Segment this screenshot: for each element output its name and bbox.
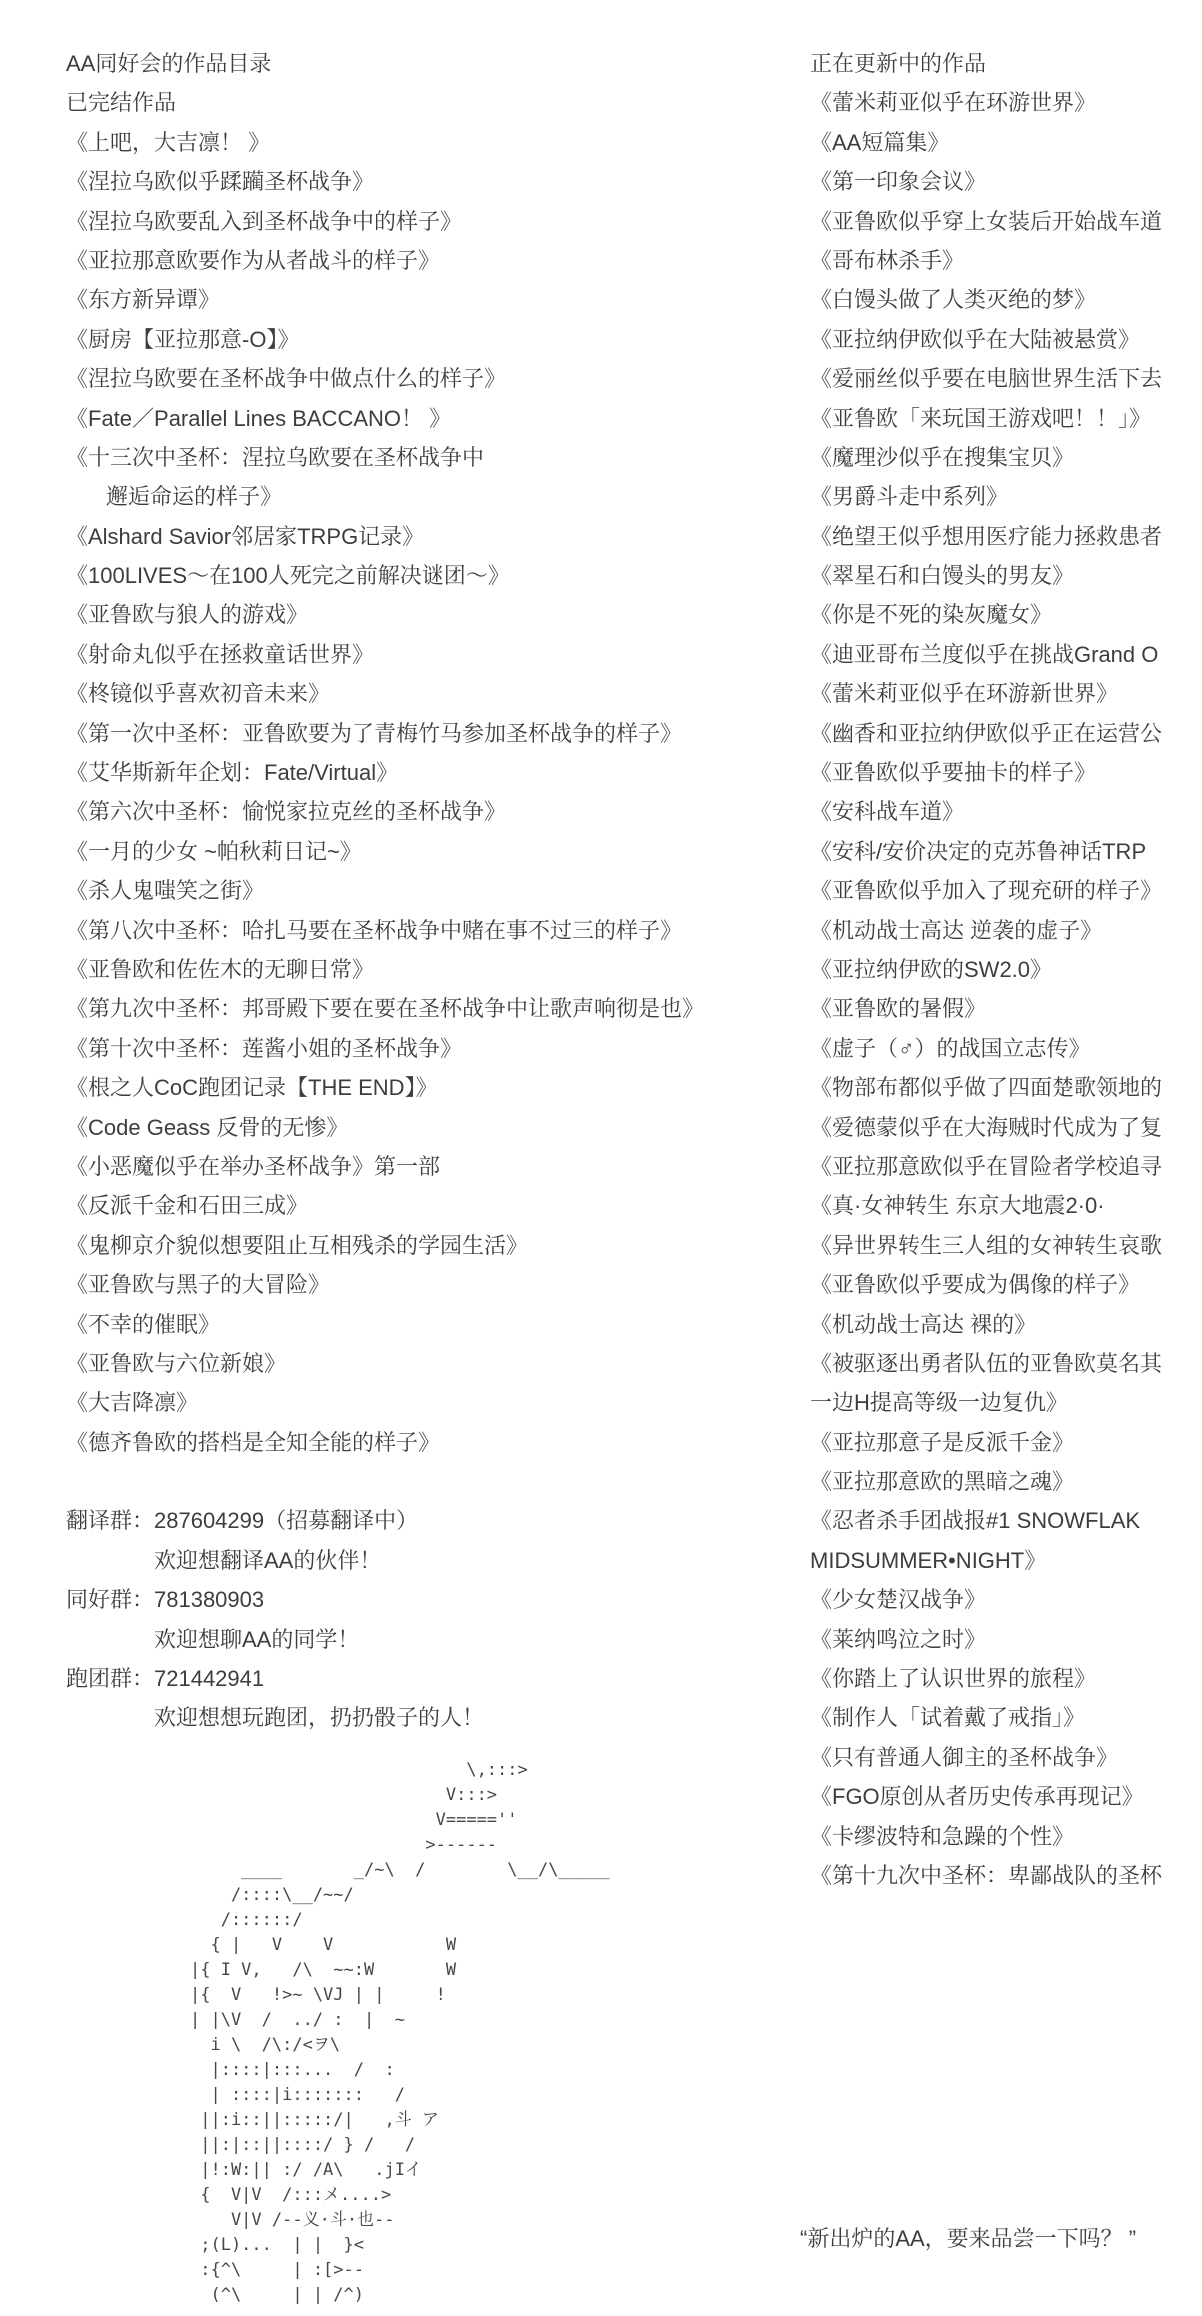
ascii-art-figure: \,:::> V:::> V====='' >------ ____ _/~\ … [190, 1758, 610, 2308]
left-column-subtitle: 已完结作品 [66, 83, 704, 122]
work-title: 《绝望王似乎想用医疗能力拯救患者 [810, 517, 1202, 556]
work-title: 《亚鲁欧和佐佐木的无聊日常》 [66, 950, 704, 989]
completed-works-column: AA同好会的作品目录 已完结作品 《上吧，大吉凛！ 》《涅拉乌欧似乎蹂躏圣杯战争… [66, 44, 704, 1738]
work-title: 《亚拉那意欧要作为从者战斗的样子》 [66, 241, 704, 280]
right-column-title: 正在更新中的作品 [810, 44, 1202, 83]
work-title: 《幽香和亚拉纳伊欧似乎正在运营公 [810, 714, 1202, 753]
updating-works-column: 正在更新中的作品 《蕾米莉亚似乎在环游世界》《AA短篇集》《第一印象会议》《亚鲁… [810, 44, 1202, 1895]
work-title: 《亚鲁欧似乎要成为偶像的样子》 [810, 1265, 1202, 1304]
work-title: 《第十九次中圣杯：卑鄙战队的圣杯 [810, 1856, 1202, 1895]
work-title: 《第八次中圣杯：哈扎马要在圣杯战争中赌在事不过三的样子》 [66, 911, 704, 950]
work-title: 《迪亚哥布兰度似乎在挑战Grand O [810, 635, 1202, 674]
work-title: 《大吉降凛》 [66, 1383, 704, 1422]
work-title: 《哥布林杀手》 [810, 241, 1202, 280]
work-title: 《机动战士高达 裸的》 [810, 1305, 1202, 1344]
work-title: 《异世界转生三人组的女神转生哀歌 [810, 1226, 1202, 1265]
work-title: 《爱丽丝似乎要在电脑世界生活下去 [810, 359, 1202, 398]
work-title: 《爱德蒙似乎在大海贼时代成为了复 [810, 1108, 1202, 1147]
work-title: 《艾华斯新年企划：Fate/Virtual》 [66, 753, 704, 792]
contact-line: 欢迎想聊AA的同学！ [66, 1620, 704, 1659]
contact-line: 欢迎想翻译AA的伙伴！ [66, 1541, 704, 1580]
work-title: 《AA短篇集》 [810, 123, 1202, 162]
work-title: 《Fate／Parallel Lines BACCANO！ 》 [66, 399, 704, 438]
left-column-title: AA同好会的作品目录 [66, 44, 704, 83]
work-title: 《你是不死的染灰魔女》 [810, 595, 1202, 634]
completed-works-list: 《上吧，大吉凛！ 》《涅拉乌欧似乎蹂躏圣杯战争》《涅拉乌欧要乱入到圣杯战争中的样… [66, 123, 704, 1462]
work-title: 《反派千金和石田三成》 [66, 1186, 704, 1225]
work-title: 《亚鲁欧似乎要抽卡的样子》 [810, 753, 1202, 792]
work-title: 一边H提高等级一边复仇》 [810, 1383, 1202, 1422]
work-title: 《亚鲁欧与六位新娘》 [66, 1344, 704, 1383]
bottom-quote: “新出炉的AA，要来品尝一下吗？ ” [800, 2222, 1136, 2253]
work-title: 《第一次中圣杯：亚鲁欧要为了青梅竹马参加圣杯战争的样子》 [66, 714, 704, 753]
work-title: 《蕾米莉亚似乎在环游世界》 [810, 83, 1202, 122]
work-title: 《厨房【亚拉那意-O】》 [66, 320, 704, 359]
work-title: 《被驱逐出勇者队伍的亚鲁欧莫名其 [810, 1344, 1202, 1383]
work-title: 《杀人鬼嗤笑之街》 [66, 871, 704, 910]
work-title: 《亚拉那意欧的黑暗之魂》 [810, 1462, 1202, 1501]
work-title: 《亚鲁欧「来玩国王游戏吧！！」》 [810, 399, 1202, 438]
work-title: 《小恶魔似乎在举办圣杯战争》第一部 [66, 1147, 704, 1186]
work-title: 《第一印象会议》 [810, 162, 1202, 201]
work-title: 《鬼柳京介貌似想要阻止互相残杀的学园生活》 [66, 1226, 704, 1265]
contact-info: 翻译群：287604299（招募翻译中）欢迎想翻译AA的伙伴！同好群：78138… [66, 1501, 704, 1737]
work-title: 《亚拉纳伊欧的SW2.0》 [810, 950, 1202, 989]
work-title: 《不幸的催眠》 [66, 1305, 704, 1344]
work-title: 《涅拉乌欧要乱入到圣杯战争中的样子》 [66, 202, 704, 241]
work-title: 《亚鲁欧与狼人的游戏》 [66, 595, 704, 634]
work-title: 《忍者杀手团战报#1 SNOWFLAK [810, 1501, 1202, 1540]
work-title: 《第九次中圣杯：邦哥殿下要在要在圣杯战争中让歌声响彻是也》 [66, 989, 704, 1028]
work-title: 《亚拉那意欧似乎在冒险者学校追寻 [810, 1147, 1202, 1186]
work-title: 《制作人「试着戴了戒指」》 [810, 1698, 1202, 1737]
work-title: 《FGO原创从者历史传承再现记》 [810, 1777, 1202, 1816]
work-title: 《男爵斗走中系列》 [810, 477, 1202, 516]
work-title: 《卡缪波特和急躁的个性》 [810, 1817, 1202, 1856]
work-title: 《物部布都似乎做了四面楚歌领地的 [810, 1068, 1202, 1107]
work-title: 《机动战士高达 逆袭的虚子》 [810, 911, 1202, 950]
work-title: 《Alshard Savior邻居家TRPG记录》 [66, 517, 704, 556]
contact-line: 同好群：781380903 [66, 1580, 704, 1619]
work-title: 《亚鲁欧与黑子的大冒险》 [66, 1265, 704, 1304]
work-title: 《亚鲁欧似乎穿上女装后开始战车道 [810, 202, 1202, 241]
contact-line: 翻译群：287604299（招募翻译中） [66, 1501, 704, 1540]
work-title: 《100LIVES～在100人死完之前解决谜团～》 [66, 556, 704, 595]
contact-line: 跑团群：721442941 [66, 1659, 704, 1698]
work-title: 《亚拉纳伊欧似乎在大陆被悬赏》 [810, 320, 1202, 359]
work-title: 《涅拉乌欧要在圣杯战争中做点什么的样子》 [66, 359, 704, 398]
work-title: 《射命丸似乎在拯救童话世界》 [66, 635, 704, 674]
work-title: 邂逅命运的样子》 [66, 477, 704, 516]
work-title: 《第十次中圣杯：莲酱小姐的圣杯战争》 [66, 1029, 704, 1068]
work-title: 《根之人CoC跑团记录【THE END】》 [66, 1068, 704, 1107]
work-title: 《涅拉乌欧似乎蹂躏圣杯战争》 [66, 162, 704, 201]
work-title: 《翠星石和白馒头的男友》 [810, 556, 1202, 595]
work-title: 《安科战车道》 [810, 792, 1202, 831]
work-title: 《魔理沙似乎在搜集宝贝》 [810, 438, 1202, 477]
work-title: 《你踏上了认识世界的旅程》 [810, 1659, 1202, 1698]
work-title: 《真·女神转生 东京大地震2·0· [810, 1186, 1202, 1225]
work-title: 《亚鲁欧的暑假》 [810, 989, 1202, 1028]
work-title: 《只有普通人御主的圣杯战争》 [810, 1738, 1202, 1777]
work-title: 《Code Geass 反骨的无惨》 [66, 1108, 704, 1147]
work-title: 《一月的少女 ~帕秋莉日记~》 [66, 832, 704, 871]
work-title: 《上吧，大吉凛！ 》 [66, 123, 704, 162]
work-title: 《亚鲁欧似乎加入了现充研的样子》 [810, 871, 1202, 910]
work-title: 《第六次中圣杯：愉悦家拉克丝的圣杯战争》 [66, 792, 704, 831]
updating-works-list: 《蕾米莉亚似乎在环游世界》《AA短篇集》《第一印象会议》《亚鲁欧似乎穿上女装后开… [810, 83, 1202, 1895]
work-title: 《白馒头做了人类灭绝的梦》 [810, 280, 1202, 319]
work-title: 《莱纳鸣泣之时》 [810, 1620, 1202, 1659]
work-title: 《亚拉那意子是反派千金》 [810, 1423, 1202, 1462]
work-title: 《十三次中圣杯：涅拉乌欧要在圣杯战争中 [66, 438, 704, 477]
work-title: 《少女楚汉战争》 [810, 1580, 1202, 1619]
work-title: MIDSUMMER•NIGHT》 [810, 1541, 1202, 1580]
work-title: 《东方新异谭》 [66, 280, 704, 319]
work-title: 《安科/安价决定的克苏鲁神话TRP [810, 832, 1202, 871]
work-title: 《柊镜似乎喜欢初音未来》 [66, 674, 704, 713]
contact-line: 欢迎想想玩跑团，扔扔骰子的人！ [66, 1698, 704, 1737]
work-title: 《蕾米莉亚似乎在环游新世界》 [810, 674, 1202, 713]
work-title: 《德齐鲁欧的搭档是全知全能的样子》 [66, 1423, 704, 1462]
work-title: 《虚子（♂）的战国立志传》 [810, 1029, 1202, 1068]
